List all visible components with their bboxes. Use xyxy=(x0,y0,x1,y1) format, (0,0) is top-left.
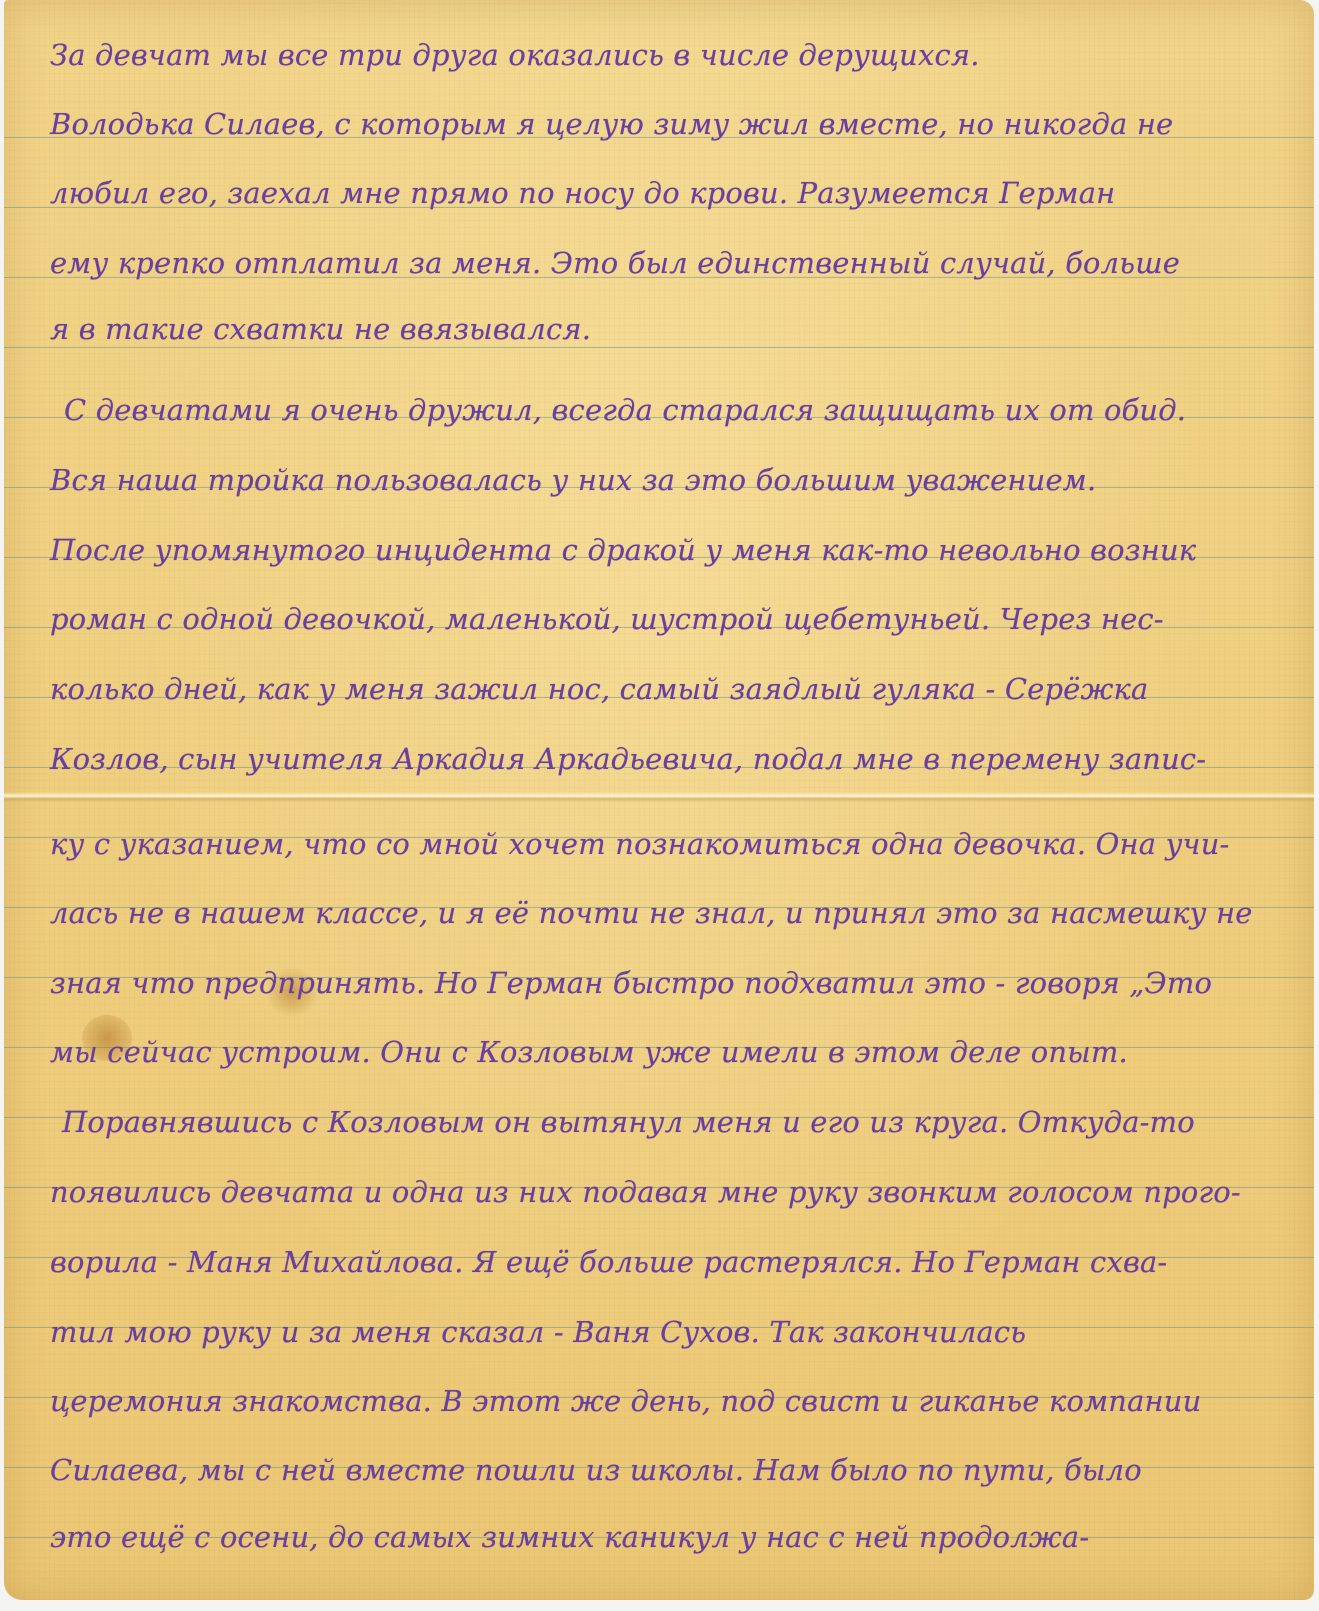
letter-line: ку с указанием, что со мной хочет познак… xyxy=(50,827,1280,861)
letter-line: это ещё с осени, до самых зимних каникул… xyxy=(50,1520,1280,1554)
letter-line: лась не в нашем классе, и я её почти не … xyxy=(50,896,1280,930)
letter-line: любил его, заехал мне прямо по носу до к… xyxy=(50,176,1280,210)
letter-line: зная что предпринять. Но Герман быстро п… xyxy=(50,966,1280,1000)
letter-line: Козлов, сын учителя Аркадия Аркадьевича,… xyxy=(50,742,1280,776)
letter-line: роман с одной девочкой, маленькой, шустр… xyxy=(50,602,1280,636)
letter-page: За девчат мы все три друга оказались в ч… xyxy=(4,0,1314,1600)
letter-line: мы сейчас устроим. Они с Козловым уже им… xyxy=(50,1035,1280,1069)
letter-line: я в такие схватки не ввязывался. xyxy=(50,312,1280,346)
letter-line: Вся наша тройка пользовалась у них за эт… xyxy=(50,463,1280,497)
letter-line: появились девчата и одна из них подавая … xyxy=(50,1175,1280,1209)
letter-line: Поравнявшись с Козловым он вытянул меня … xyxy=(62,1105,1280,1139)
letter-line: За девчат мы все три друга оказались в ч… xyxy=(50,38,1280,72)
letter-line: ему крепко отплатил за меня. Это был еди… xyxy=(50,246,1280,280)
letter-line: С девчатами я очень дружил, всегда стара… xyxy=(64,393,1280,427)
fold-crease xyxy=(4,792,1314,802)
letter-line: После упомянутого инцидента с дракой у м… xyxy=(50,533,1280,567)
letter-line: ворила - Маня Михайлова. Я ещё больше ра… xyxy=(50,1245,1280,1279)
letter-line: церемония знакомства. В этот же день, по… xyxy=(50,1384,1280,1418)
letter-line: тил мою руку и за меня сказал - Ваня Сух… xyxy=(50,1315,1280,1349)
letter-line: колько дней, как у меня зажил нос, самый… xyxy=(50,672,1280,706)
letter-line: Силаева, мы с ней вместе пошли из школы.… xyxy=(50,1453,1280,1487)
ruled-line xyxy=(4,347,1314,348)
letter-line: Володька Силаев, с которым я целую зиму … xyxy=(50,107,1280,141)
